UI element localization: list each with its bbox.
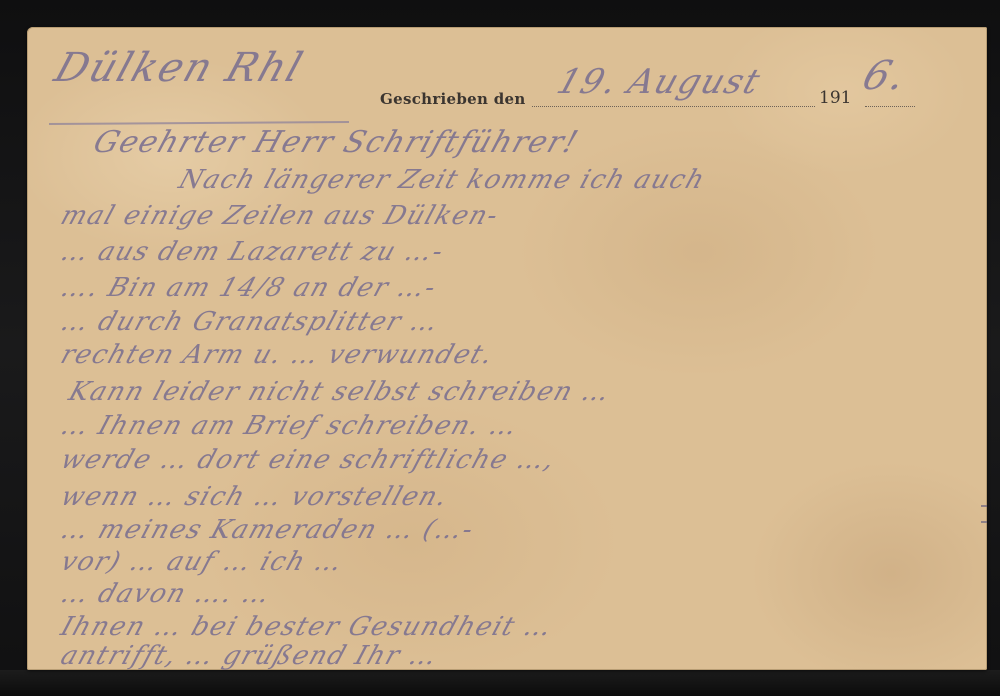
date-handwritten: 19. August [552, 62, 766, 102]
edge-mark [981, 505, 987, 523]
place-handwritten: Dülken Rhl [49, 45, 310, 91]
body-line: rechten Arm u. … verwundet. [57, 340, 498, 370]
postcard: Dülken Rhl Geschrieben den 19. August 19… [27, 27, 987, 670]
body-line: …. Bin am 14/8 an der …- [57, 273, 441, 303]
year-handwritten-suffix: 6. [857, 53, 913, 99]
body-line: … davon …. … [57, 579, 275, 609]
body-line: mal einige Zeilen aus Dülken- [57, 201, 503, 231]
body-line: … durch Granatsplitter … [57, 307, 443, 337]
printed-label-geschrieben-den: Geschrieben den [380, 90, 526, 108]
body-line: … aus dem Lazarett zu …- [57, 237, 448, 267]
salutation: Geehrter Herr Schriftführer! [89, 125, 583, 160]
body-line: Ihnen … bei bester Gesundheit … [57, 612, 557, 642]
body-line: … Ihnen am Brief schreiben. … [57, 411, 522, 441]
body-line: antrifft, … grüßend Ihr … [57, 641, 442, 670]
date-dotted-line [532, 106, 815, 107]
body-line: … meines Kameraden … (…- [57, 515, 478, 545]
body-line: wenn … sich … vorstellen. [57, 482, 452, 512]
body-line: Kann leider nicht selbst schreiben … [65, 377, 615, 407]
printed-year-prefix: 191 [819, 88, 851, 108]
body-line: werde … dort eine schriftliche …, [57, 445, 560, 475]
body-line: Nach längerer Zeit komme ich auch [175, 165, 709, 195]
body-line: vor) … auf … ich … [57, 547, 347, 577]
year-dotted-line [865, 106, 915, 107]
